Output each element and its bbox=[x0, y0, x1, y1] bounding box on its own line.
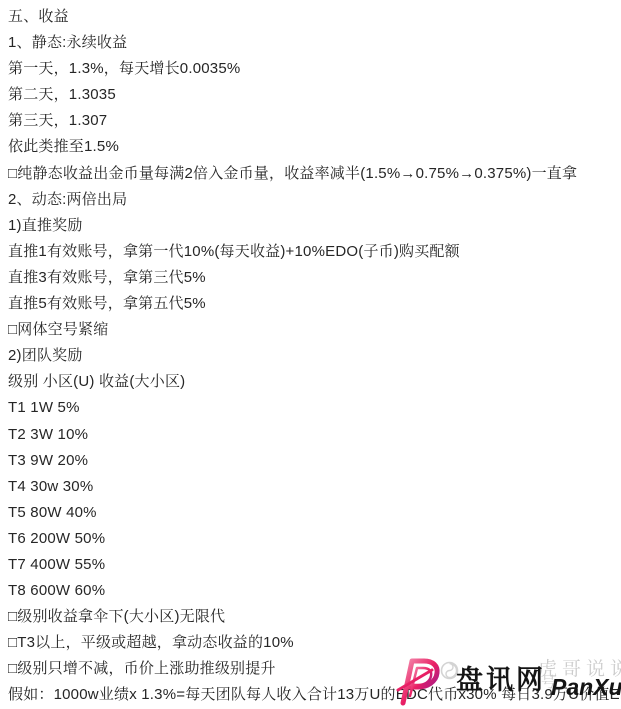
text-line: 直推3有效账号，拿第三代5% bbox=[8, 265, 621, 291]
text-line: 1)直推奖励 bbox=[8, 213, 621, 239]
text-line: 级别 小区(U) 收益(大小区) bbox=[8, 369, 621, 395]
text-line: 第二天，1.3035 bbox=[8, 82, 621, 108]
text-line: 假如：1000w业绩x 1.3%=每天团队每人收入合计13万U的EDC代币x30… bbox=[8, 682, 621, 708]
text-line: 第三天，1.307 bbox=[8, 108, 621, 134]
text-line: □级别只增不减，币价上涨助推级别提升 bbox=[8, 656, 621, 682]
text-line: T5 80W 40% bbox=[8, 500, 621, 526]
text-line: □T3以上，平级或超越，拿动态收益的10% bbox=[8, 630, 621, 656]
page: { "page": { "background": "#ffffff", "te… bbox=[0, 0, 621, 709]
text-line: 五、收益 bbox=[8, 4, 621, 30]
text-line: 2)团队奖励 bbox=[8, 343, 621, 369]
text-line: T6 200W 50% bbox=[8, 526, 621, 552]
text-line: T2 3W 10% bbox=[8, 422, 621, 448]
text-line: 依此类推至1.5% bbox=[8, 134, 621, 160]
text-line: □网体空号紧缩 bbox=[8, 317, 621, 343]
text-line: □级别收益拿伞下(大小区)无限代 bbox=[8, 604, 621, 630]
document-body: 五、收益1、静态:永续收益第一天，1.3%，每天增长0.0035%第二天，1.3… bbox=[8, 4, 621, 709]
text-line: T1 1W 5% bbox=[8, 395, 621, 421]
text-line: 直推5有效账号，拿第五代5% bbox=[8, 291, 621, 317]
text-line: 1、静态:永续收益 bbox=[8, 30, 621, 56]
text-line: T8 600W 60% bbox=[8, 578, 621, 604]
text-line: T4 30w 30% bbox=[8, 474, 621, 500]
text-line: 直推1有效账号，拿第一代10%(每天收益)+10%EDO(子币)购买配额 bbox=[8, 239, 621, 265]
text-line: 2、动态:两倍出局 bbox=[8, 187, 621, 213]
text-line: T7 400W 55% bbox=[8, 552, 621, 578]
text-line: T3 9W 20% bbox=[8, 448, 621, 474]
text-line: 第一天，1.3%，每天增长0.0035% bbox=[8, 56, 621, 82]
text-line: □纯静态收益出金币量每满2倍入金币量，收益率减半(1.5%→0.75%→0.37… bbox=[8, 161, 621, 187]
